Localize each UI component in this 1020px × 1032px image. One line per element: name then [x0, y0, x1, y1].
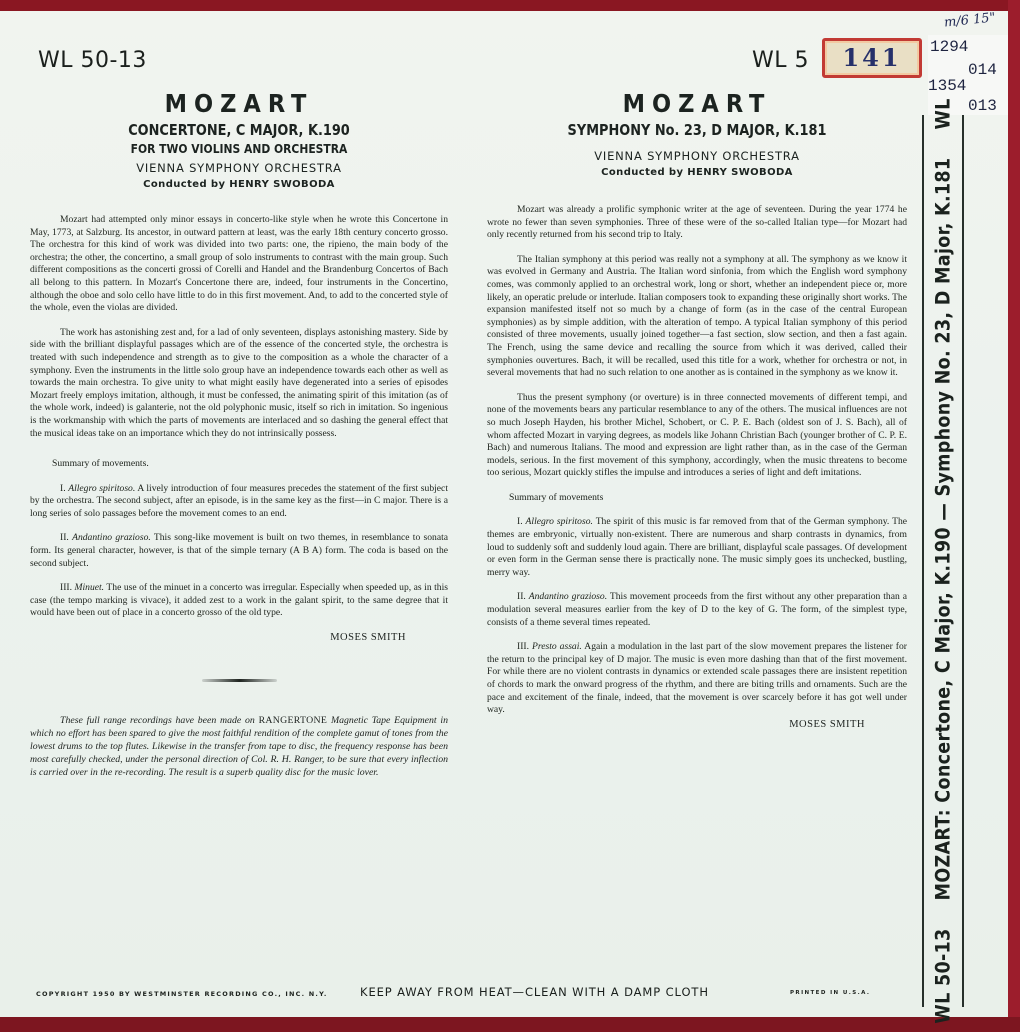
- author-signature: MOSES SMITH: [487, 719, 907, 730]
- left-column-concertone: MOZART CONCERTONE, C MAJOR, K.190 FOR TW…: [30, 88, 448, 779]
- stamp-number: 013: [968, 97, 997, 115]
- movement-title: Allegro spiritoso.: [526, 516, 593, 527]
- conductor-line: Conducted by HENRY SWOBODA: [487, 165, 907, 180]
- paragraph: The work has astonishing zest and, for a…: [30, 327, 448, 440]
- movement-paragraph: II. Andantino grazioso. This song-like m…: [30, 532, 448, 570]
- catalog-number-right: WL 5: [752, 48, 809, 73]
- movement-number: I.: [60, 483, 66, 494]
- movement-title: Presto assai.: [532, 641, 582, 652]
- stamp-number: 014: [968, 61, 997, 79]
- movement-number: I.: [517, 516, 523, 527]
- jacket-bottom-edge: [0, 1017, 1020, 1032]
- recording-note-text: These full range recordings have been ma…: [60, 715, 259, 726]
- care-instructions: KEEP AWAY FROM HEAT—CLEAN WITH A DAMP CL…: [360, 985, 709, 999]
- work-subtitle: FOR TWO VIOLINS AND ORCHESTRA: [59, 140, 418, 157]
- paragraph: Mozart was already a prolific symphonic …: [487, 204, 907, 242]
- printed-in-usa: PRINTED IN U.S.A.: [790, 990, 870, 996]
- paragraph: The Italian symphony at this period was …: [487, 254, 907, 380]
- liner-notes-body: Mozart had attempted only minor essays i…: [30, 214, 448, 620]
- movement-number: II.: [60, 532, 69, 543]
- stamp-number: 1294: [930, 38, 968, 56]
- right-column-symphony: MOZART SYMPHONY No. 23, D MAJOR, K.181 V…: [487, 88, 907, 730]
- spine-title-text: MOZART: Concertone, C Major, K.190 — Sym…: [932, 158, 955, 901]
- movement-paragraph: II. Andantino grazioso. This movement pr…: [487, 591, 907, 629]
- library-sticker: 141: [822, 38, 922, 78]
- paragraph: Thus the present symphony (or overture) …: [487, 392, 907, 480]
- author-signature: MOSES SMITH: [30, 632, 448, 643]
- paragraph: Mozart had attempted only minor essays i…: [30, 214, 448, 315]
- recording-note: These full range recordings have been ma…: [30, 714, 448, 779]
- movement-paragraph: III. Presto assai. Again a modulation in…: [487, 641, 907, 717]
- jacket-right-edge: [1008, 0, 1020, 1032]
- work-title: CONCERTONE, C MAJOR, K.190: [59, 120, 418, 140]
- spine-title: WL 50-13MOZART: Concertone, C Major, K.1…: [932, 98, 955, 1023]
- brand-name: RANGERTONE: [259, 715, 328, 726]
- summary-heading: Summary of movements: [487, 492, 907, 505]
- stamp-number: 1354: [928, 77, 966, 95]
- summary-heading: Summary of movements.: [30, 458, 448, 471]
- catalog-number-left: WL 50-13: [38, 48, 147, 73]
- composer-heading: MOZART: [30, 88, 448, 120]
- movement-title: Andantino grazioso.: [529, 591, 607, 602]
- spine-panel: WL 50-13MOZART: Concertone, C Major, K.1…: [922, 115, 964, 1007]
- movement-title: Minuet.: [75, 582, 105, 593]
- orchestra-name: VIENNA SYMPHONY ORCHESTRA: [30, 160, 448, 177]
- library-sticker-number: 141: [825, 41, 919, 75]
- copyright-line: COPYRIGHT 1950 BY WESTMINSTER RECORDING …: [36, 990, 328, 998]
- movement-paragraph: I. Allegro spiritoso. The spirit of this…: [487, 516, 907, 579]
- movement-text: Again a modulation in the last part of t…: [487, 641, 907, 715]
- movement-title: Andantino grazioso.: [72, 532, 151, 543]
- divider-rule: [202, 679, 277, 682]
- movement-title: Allegro spiritoso.: [68, 483, 135, 494]
- liner-notes-body: Mozart was already a prolific symphonic …: [487, 204, 907, 717]
- movement-number: III.: [60, 582, 72, 593]
- movement-number: II.: [517, 591, 526, 602]
- conductor-line: Conducted by HENRY SWOBODA: [30, 177, 448, 192]
- spine-catalog-end: WL: [932, 98, 955, 129]
- orchestra-name: VIENNA SYMPHONY ORCHESTRA: [487, 148, 907, 165]
- movement-paragraph: III. Minuet. The use of the minuet in a …: [30, 582, 448, 620]
- movement-number: III.: [517, 641, 529, 652]
- movement-paragraph: I. Allegro spiritoso. A lively introduct…: [30, 483, 448, 521]
- work-title: SYMPHONY No. 23, D MAJOR, K.181: [516, 120, 877, 140]
- composer-heading: MOZART: [487, 88, 907, 120]
- spine-catalog: WL 50-13: [932, 928, 955, 1023]
